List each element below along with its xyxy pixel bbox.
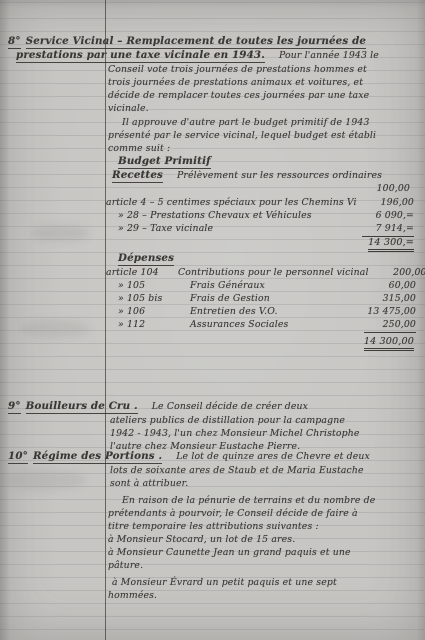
recettes-row: » 29 – Taxe vicinale7 914,= [118, 222, 414, 237]
section-8-intro: Pour l'année 1943 le [279, 50, 379, 61]
section-8-title: Service Vicinal – Remplacement de toutes… [26, 35, 367, 49]
body-line: titre temporaire les attributions suivan… [108, 520, 319, 533]
body-line: comme suit : [108, 142, 170, 155]
attribution-line: à Monsieur Évrard un petit paquis et une… [112, 576, 337, 589]
depenses-label: Dépenses [118, 252, 174, 266]
body-line: En raison de la pénurie de terrains et d… [122, 494, 375, 507]
depenses-row: » 105Frais Généraux60,00 [118, 279, 416, 292]
depenses-row: » 106Entretien des V.O.13 475,00 [118, 305, 416, 318]
body-line: 1942 - 1943, l'un chez Monsieur Michel C… [110, 427, 360, 440]
attribution-line: à Monsieur Caunette Jean un grand paquis… [108, 546, 351, 559]
amount: 60,00 [364, 279, 416, 292]
attribution-line: à Monsieur Stocard, un lot de 15 ares. [108, 533, 295, 546]
section-9-heading: 9°Bouilleurs de Cru .Le Conseil décide d… [8, 400, 308, 413]
amount: 196,00 [362, 196, 414, 209]
body-line: trois journées de prestations animaux et… [108, 76, 363, 89]
ink-smudge [20, 320, 90, 338]
attribution-line: pâture. [108, 559, 143, 572]
body-line: lots de soixante ares de Staub et de Mar… [110, 464, 364, 477]
body-line: présenté par le service vicinal, lequel … [108, 129, 376, 142]
amount: 13 475,00 [364, 305, 416, 318]
body-line: prétendants à pourvoir, le Conseil décid… [108, 507, 358, 520]
depenses-row: » 105 bisFrais de Gestion315,00 [118, 292, 416, 305]
body-line: décide de remplacer toutes ces journées … [108, 89, 369, 102]
amount: 250,00 [364, 318, 416, 333]
section-10-number: 10° [8, 450, 28, 464]
section-8-heading-line1: 8°Service Vicinal – Remplacement de tout… [8, 35, 366, 48]
section-10-title: Régime des Portions . [33, 450, 162, 464]
depenses-row: » 112Assurances Sociales250,00 [118, 318, 416, 333]
recettes-heading: RecettesPrélèvement sur les ressources o… [112, 169, 382, 182]
attribution-line: hommées. [108, 589, 157, 602]
section-8-number: 8° [8, 35, 21, 49]
depenses-row: article 104Contributions pour le personn… [106, 266, 416, 279]
margin-line [105, 0, 106, 640]
depenses-total: 14 300,00 [326, 335, 414, 348]
amount: 7 914,= [362, 222, 414, 237]
section-8-heading-line2: prestations par une taxe vicinale en 194… [16, 49, 379, 62]
amount: 6 090,= [362, 209, 414, 222]
register-page: 8°Service Vicinal – Remplacement de tout… [0, 0, 425, 640]
recettes-intro: Prélèvement sur les ressources ordinaire… [177, 170, 382, 181]
recettes-label: Recettes [112, 169, 163, 183]
ink-smudge [30, 225, 90, 241]
recettes-total: 14 300,= [326, 236, 414, 249]
amount: 200,00 [375, 266, 425, 279]
body-line: Conseil vote trois journées de prestatio… [108, 63, 367, 76]
body-line: sont à attribuer. [110, 477, 188, 490]
recettes-row: article 4 – 5 centimes spéciaux pour les… [106, 196, 414, 209]
budget-title: Budget Primitif [118, 155, 211, 168]
section-9-intro: Le Conseil décide de créer deux [152, 401, 308, 412]
ink-smudge [6, 470, 86, 490]
body-line: Il approuve d'autre part le budget primi… [122, 116, 370, 129]
section-9-number: 9° [8, 400, 21, 414]
body-line: ateliers publics de distillation pour la… [110, 414, 345, 427]
depenses-heading: Dépenses [118, 252, 174, 265]
body-line: vicinale. [108, 102, 149, 115]
section-9-title: Bouilleurs de Cru . [26, 400, 138, 414]
amount: 315,00 [364, 292, 416, 305]
recettes-intro-amount: 100,00 [300, 182, 410, 195]
section-10-intro: Le lot de quinze ares de Chevre et deux [176, 451, 370, 462]
recettes-row: » 28 – Prestations Chevaux et Véhicules6… [118, 209, 414, 222]
section-10-heading: 10°Régime des Portions .Le lot de quinze… [8, 450, 370, 463]
